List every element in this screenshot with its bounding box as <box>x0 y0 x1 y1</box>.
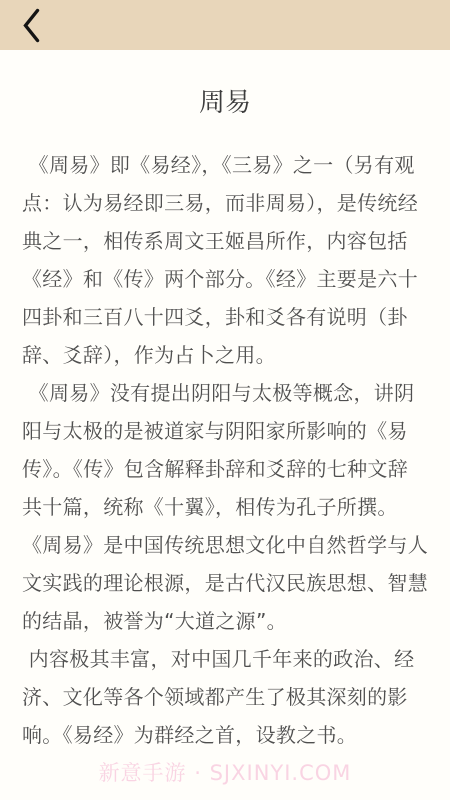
article: 周易 《周易》即《易经》，《三易》之一（另有观点：认为易经即三易，而非周易），是… <box>0 88 450 754</box>
article-paragraph: 《周易》是中国传统思想文化中自然哲学与人文实践的理论根源，是古代汉民族思想、智慧… <box>22 526 428 640</box>
app-screen: 周易 《周易》即《易经》，《三易》之一（另有观点：认为易经即三易，而非周易），是… <box>0 0 450 800</box>
chevron-left-icon <box>22 8 41 43</box>
article-paragraph: 内容极其丰富，对中国几千年来的政治、经济、文化等各个领域都产生了极其深刻的影响。… <box>22 640 428 754</box>
article-paragraph: 《周易》没有提出阴阳与太极等概念，讲阴阳与太极的是被道家与阴阳家所影响的《易传》… <box>22 374 428 526</box>
article-body: 《周易》即《易经》，《三易》之一（另有观点：认为易经即三易，而非周易），是传统经… <box>22 146 428 754</box>
article-paragraph: 《周易》即《易经》，《三易》之一（另有观点：认为易经即三易，而非周易），是传统经… <box>22 146 428 374</box>
header-bar <box>0 0 450 50</box>
page-title: 周易 <box>22 88 428 118</box>
back-button[interactable] <box>22 3 58 47</box>
watermark: 新意手游 · SJXINYI.COM <box>0 759 450 787</box>
